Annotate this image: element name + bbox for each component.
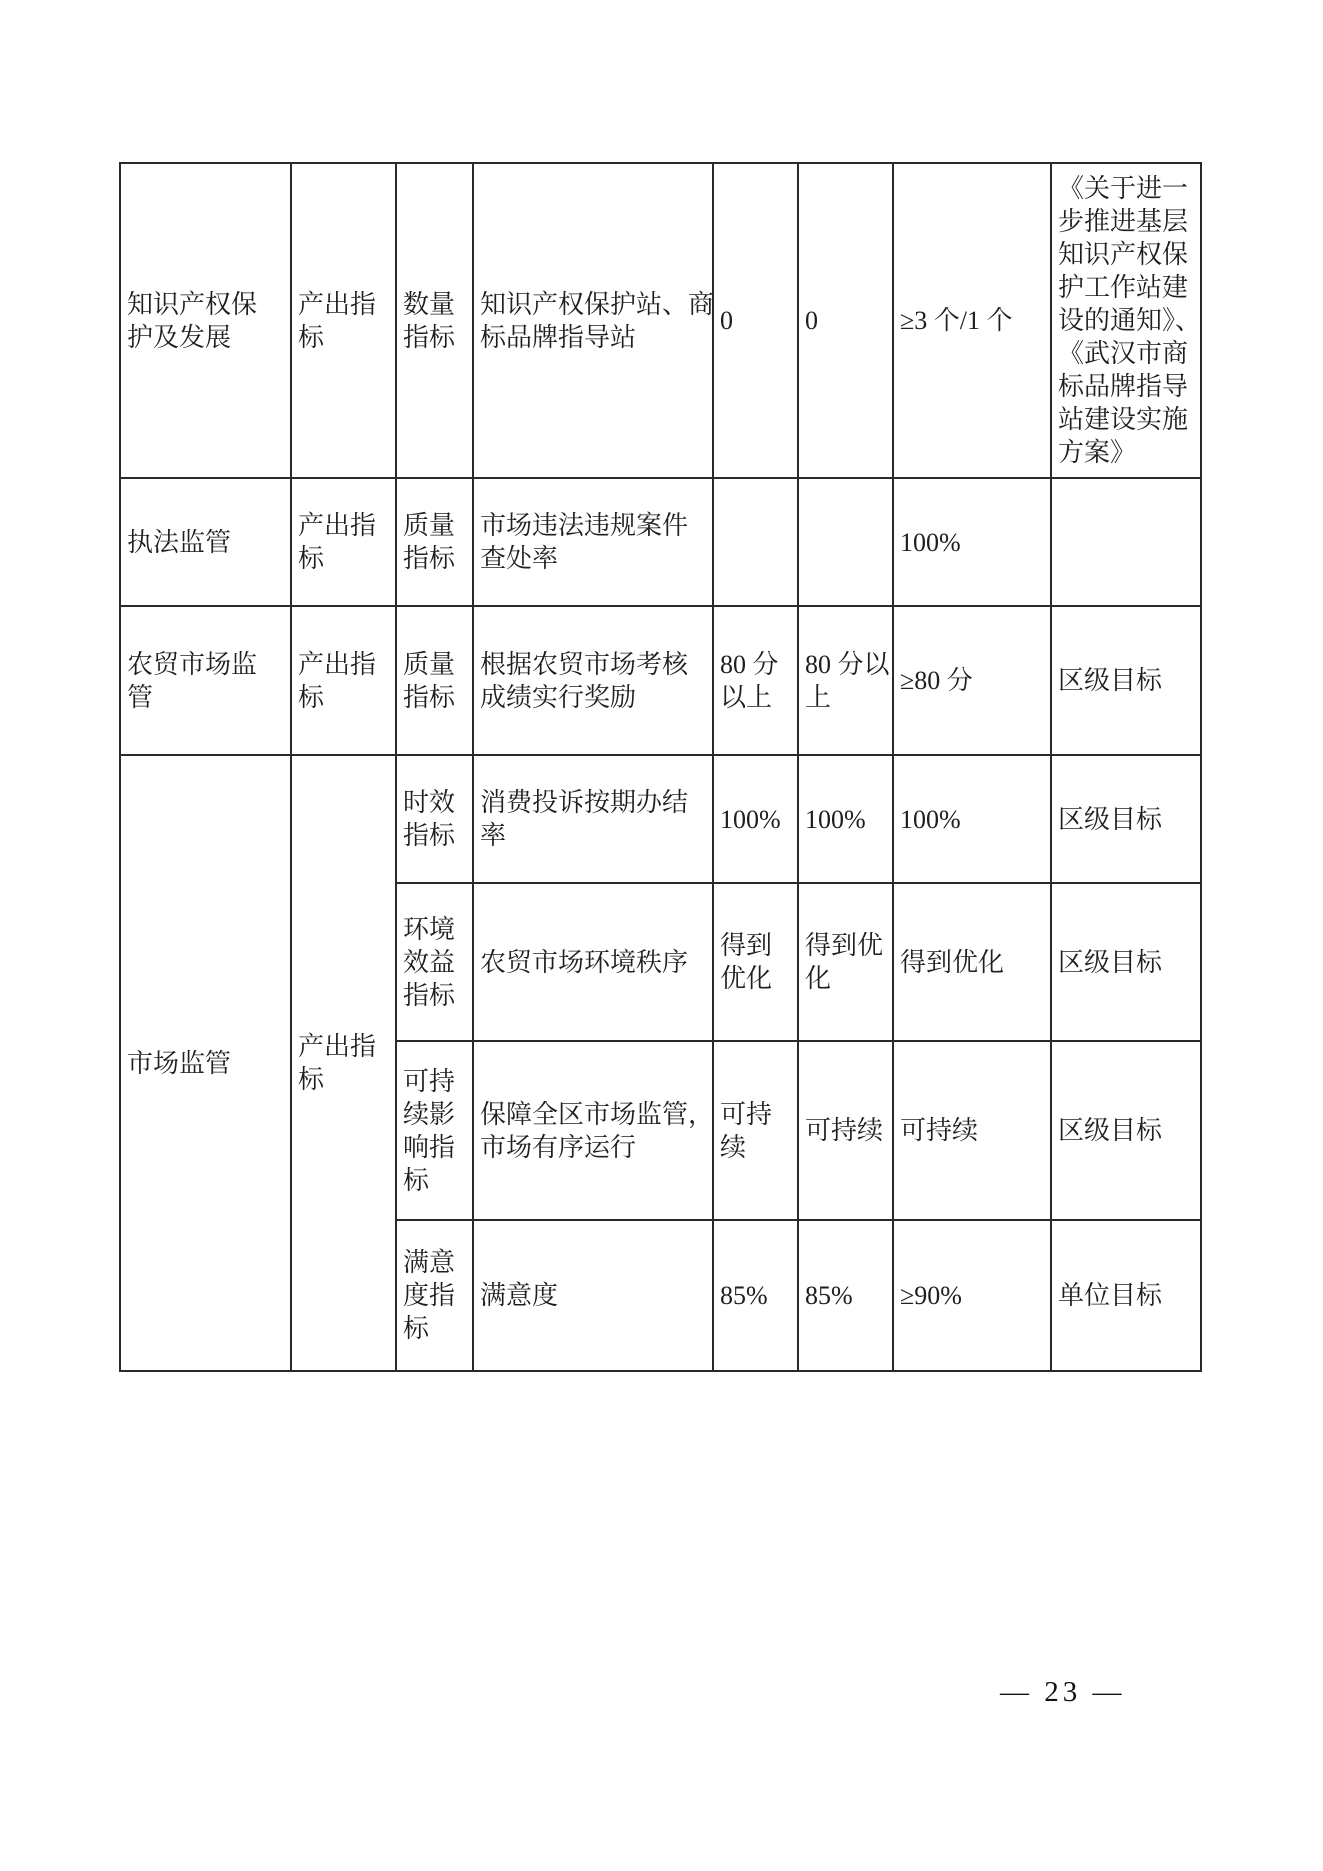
cell-value-2: 可持续	[798, 1041, 893, 1220]
performance-indicator-table: 知识产权保 护及发展 产出指 标 数量 指标 知识产权保护站、商 标品牌指导站 …	[119, 162, 1202, 1372]
cell-target: 得到优化	[893, 883, 1051, 1041]
cell-indicator-subtype: 数量 指标	[396, 163, 473, 478]
table-row: 市场监管 产出指 标 时效 指标 消费投诉按期办结 率 100% 100% 10…	[120, 755, 1201, 883]
cell-indicator-desc: 市场违法违规案件 查处率	[473, 478, 713, 606]
cell-target: ≥80 分	[893, 606, 1051, 755]
cell-value-1: 85%	[713, 1220, 798, 1371]
table-row: 执法监管 产出指 标 质量 指标 市场违法违规案件 查处率 100%	[120, 478, 1201, 606]
cell-value-2	[798, 478, 893, 606]
cell-basis: 单位目标	[1051, 1220, 1201, 1371]
cell-indicator-desc: 保障全区市场监管， 市场有序运行	[473, 1041, 713, 1220]
cell-target: ≥90%	[893, 1220, 1051, 1371]
cell-basis	[1051, 478, 1201, 606]
cell-indicator-subtype: 质量 指标	[396, 606, 473, 755]
cell-target: ≥3 个/1 个	[893, 163, 1051, 478]
cell-indicator-desc: 根据农贸市场考核 成绩实行奖励	[473, 606, 713, 755]
cell-indicator-subtype: 时效 指标	[396, 755, 473, 883]
cell-value-1: 可持 续	[713, 1041, 798, 1220]
cell-indicator-subtype: 满意 度指 标	[396, 1220, 473, 1371]
cell-target: 可持续	[893, 1041, 1051, 1220]
cell-category: 执法监管	[120, 478, 291, 606]
cell-category: 知识产权保 护及发展	[120, 163, 291, 478]
cell-value-2: 100%	[798, 755, 893, 883]
cell-basis: 区级目标	[1051, 606, 1201, 755]
cell-target: 100%	[893, 755, 1051, 883]
cell-basis: 《关于进一 步推进基层 知识产权保 护工作站建 设的通知》、 《武汉市商 标品牌…	[1051, 163, 1201, 478]
cell-indicator-type: 产出指 标	[291, 755, 396, 1371]
cell-value-2: 85%	[798, 1220, 893, 1371]
cell-indicator-type: 产出指 标	[291, 606, 396, 755]
cell-value-1: 得到 优化	[713, 883, 798, 1041]
cell-basis: 区级目标	[1051, 883, 1201, 1041]
cell-basis: 区级目标	[1051, 1041, 1201, 1220]
cell-value-1: 100%	[713, 755, 798, 883]
cell-basis: 区级目标	[1051, 755, 1201, 883]
cell-value-1: 80 分 以上	[713, 606, 798, 755]
cell-indicator-desc: 知识产权保护站、商 标品牌指导站	[473, 163, 713, 478]
cell-indicator-type: 产出指 标	[291, 163, 396, 478]
cell-indicator-desc: 满意度	[473, 1220, 713, 1371]
cell-value-1: 0	[713, 163, 798, 478]
document-page: 知识产权保 护及发展 产出指 标 数量 指标 知识产权保护站、商 标品牌指导站 …	[0, 0, 1323, 1871]
cell-indicator-desc: 消费投诉按期办结 率	[473, 755, 713, 883]
cell-indicator-subtype: 环境 效益 指标	[396, 883, 473, 1041]
cell-category: 市场监管	[120, 755, 291, 1371]
cell-value-2: 80 分以 上	[798, 606, 893, 755]
cell-indicator-subtype: 质量 指标	[396, 478, 473, 606]
cell-indicator-desc: 农贸市场环境秩序	[473, 883, 713, 1041]
cell-value-2: 0	[798, 163, 893, 478]
cell-category: 农贸市场监 管	[120, 606, 291, 755]
table-row: 知识产权保 护及发展 产出指 标 数量 指标 知识产权保护站、商 标品牌指导站 …	[120, 163, 1201, 478]
cell-value-2: 得到优 化	[798, 883, 893, 1041]
cell-indicator-subtype: 可持 续影 响指 标	[396, 1041, 473, 1220]
cell-target: 100%	[893, 478, 1051, 606]
table-row: 农贸市场监 管 产出指 标 质量 指标 根据农贸市场考核 成绩实行奖励 80 分…	[120, 606, 1201, 755]
page-number: — 23 —	[1000, 1676, 1126, 1709]
cell-value-1	[713, 478, 798, 606]
cell-indicator-type: 产出指 标	[291, 478, 396, 606]
